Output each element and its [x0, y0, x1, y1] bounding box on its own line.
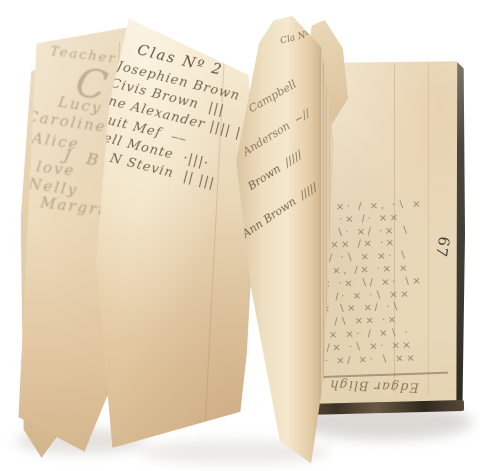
shorthand-block: ×· ∕ ×, ·∖ × ∖× ·× ∕· ×× × ∖· ×∕ ·× ∖ ·∖… — [310, 200, 452, 366]
page-number: 67 — [432, 235, 453, 259]
class-entry: Campbell — [246, 78, 298, 116]
class-entry: Anderson ~// — [240, 107, 312, 159]
class-entry: Brown ///// — [245, 148, 304, 193]
photo-antique-notebook: ×· ∕ ×, ·∖ × ∖× ·× ∕· ×× × ∖· ×∕ ·× ∖ ·∖… — [0, 0, 480, 471]
inverted-signature: Edgar Bligh — [314, 376, 434, 395]
center-page: Clas Nº 2 Josephien Brown Civis Brown ||… — [96, 14, 260, 466]
